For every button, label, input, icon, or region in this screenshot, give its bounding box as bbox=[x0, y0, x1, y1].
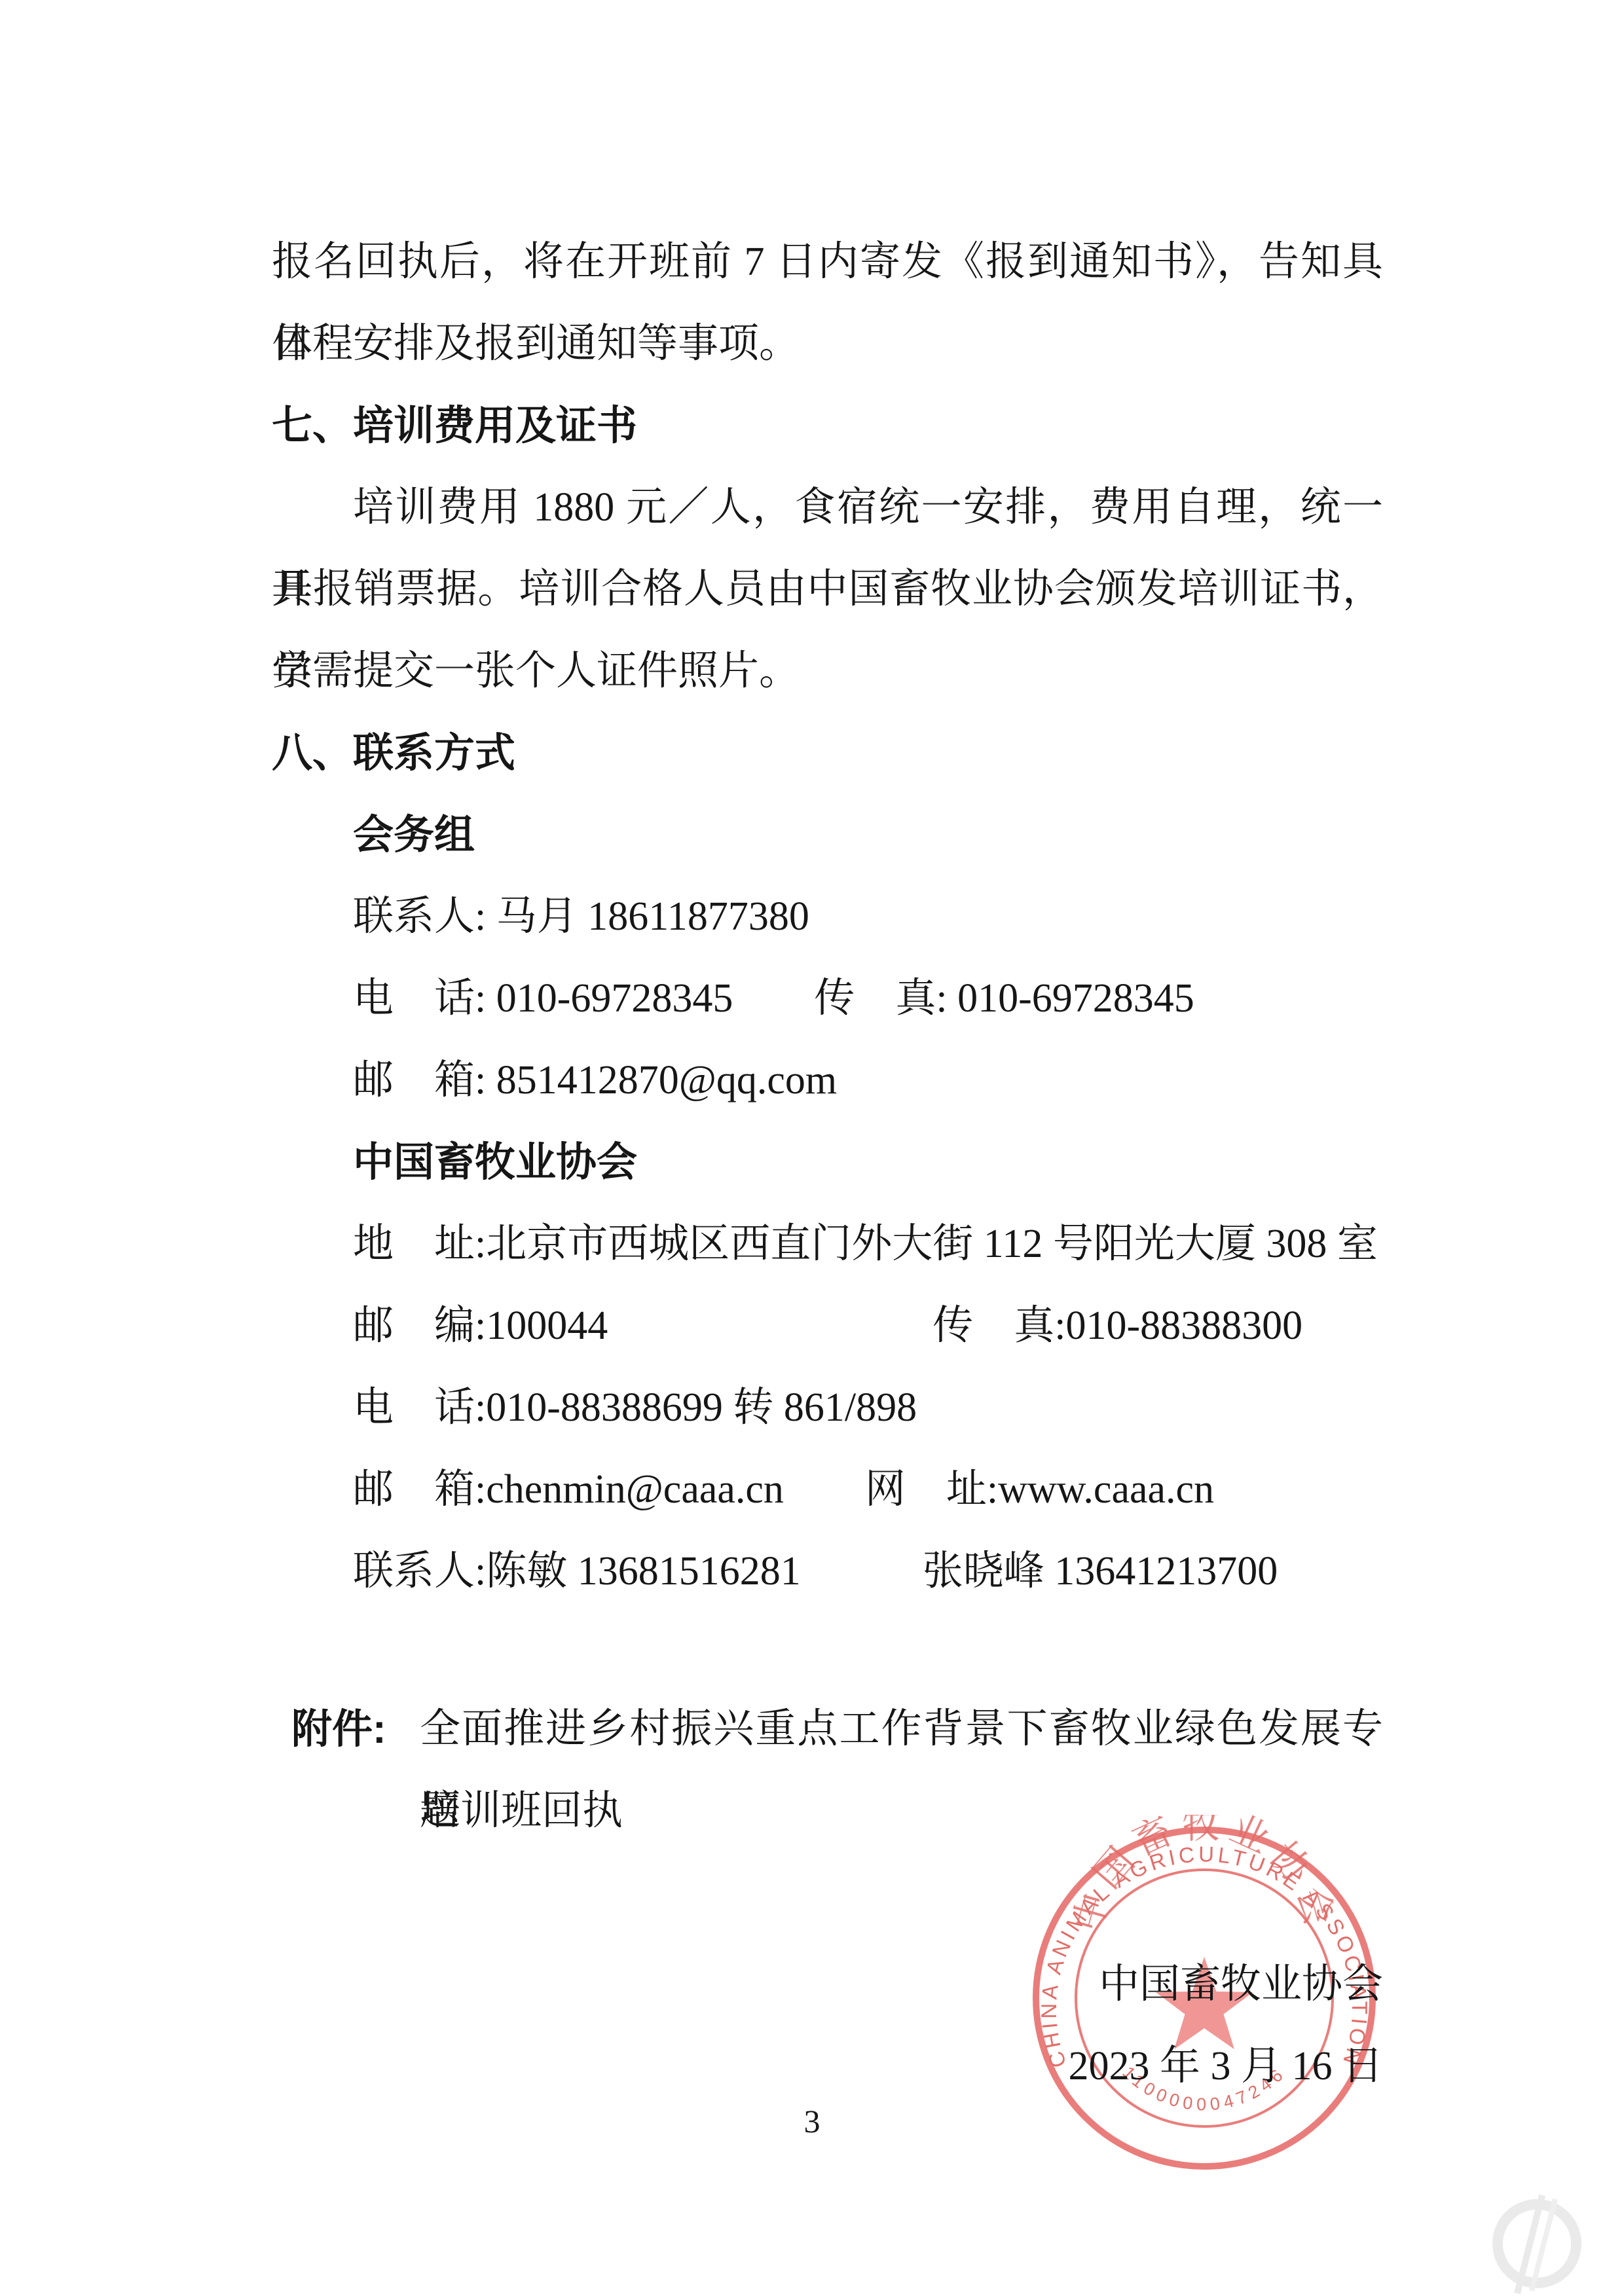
section-heading-7: 七、培训费用及证书 bbox=[272, 385, 1383, 467]
signature-date: 2023 年 3 月 16 日 bbox=[272, 2026, 1383, 2107]
document-page: CHINA ANIMAL AGRICULTURE ASSOCIATION 中国畜… bbox=[0, 0, 1624, 2296]
contact-group2-email-web: 邮 箱:chenmin@caaa.cn 网 址:www.caaa.cn bbox=[272, 1449, 1383, 1531]
corner-logo-watermark bbox=[1477, 2183, 1595, 2296]
fee-paragraph-line-2: 具报销票据。培训合格人员由中国畜牧业协会颁发培训证书，学 bbox=[272, 549, 1383, 630]
paragraph-reply-line-1: 报名回执后，将在开班前 7 日内寄发《报到通知书》，告知具体 bbox=[272, 221, 1383, 303]
contact-group1-phone-fax: 电 话: 010-69728345 传 真: 010-69728345 bbox=[272, 958, 1383, 1040]
contact-group2-zip-fax: 邮 编:100044 传 真:010-88388300 bbox=[272, 1285, 1383, 1367]
attachment-line-1: 全面推进乡村振兴重点工作背景下畜牧业绿色发展专题 bbox=[420, 1688, 1383, 1770]
attachment-line-2: 培训班回执 bbox=[420, 1770, 1383, 1852]
signature-organization: 中国畜牧业协会 bbox=[272, 1944, 1383, 2026]
contact-group1-person: 联系人: 马月 18611877380 bbox=[272, 876, 1383, 958]
signature-block: 中国畜牧业协会 2023 年 3 月 16 日 bbox=[272, 1944, 1383, 2107]
page-number: 3 bbox=[0, 2102, 1624, 2141]
section-heading-8: 八、联系方式 bbox=[272, 712, 1383, 794]
contact-group1-title: 会务组 bbox=[272, 794, 1383, 876]
contact-group1-email: 邮 箱: 851412870@qq.com bbox=[272, 1040, 1383, 1121]
contact-group2-phone: 电 话:010-88388699 转 861/898 bbox=[272, 1367, 1383, 1449]
contact-group2-address: 地 址:北京市西城区西直门外大街 112 号阳光大厦 308 室 bbox=[272, 1203, 1383, 1285]
attachment-label: 附件: bbox=[272, 1688, 420, 1770]
paragraph-reply-line-2: 日程安排及报到通知等事项。 bbox=[272, 303, 1383, 385]
fee-paragraph-line-1: 培训费用 1880 元／人，食宿统一安排，费用自理，统一开 bbox=[272, 467, 1383, 549]
contact-group2-title: 中国畜牧业协会 bbox=[272, 1121, 1383, 1203]
attachment-text: 全面推进乡村振兴重点工作背景下畜牧业绿色发展专题 培训班回执 bbox=[420, 1688, 1383, 1852]
document-body: 报名回执后，将在开班前 7 日内寄发《报到通知书》，告知具体 日程安排及报到通知… bbox=[272, 221, 1383, 2107]
fee-paragraph-line-3: 员需提交一张个人证件照片。 bbox=[272, 630, 1383, 712]
contact-group2-persons: 联系人:陈敏 13681516281 张晓峰 13641213700 bbox=[272, 1531, 1383, 1613]
attachment-block: 附件: 全面推进乡村振兴重点工作背景下畜牧业绿色发展专题 培训班回执 bbox=[272, 1688, 1383, 1852]
